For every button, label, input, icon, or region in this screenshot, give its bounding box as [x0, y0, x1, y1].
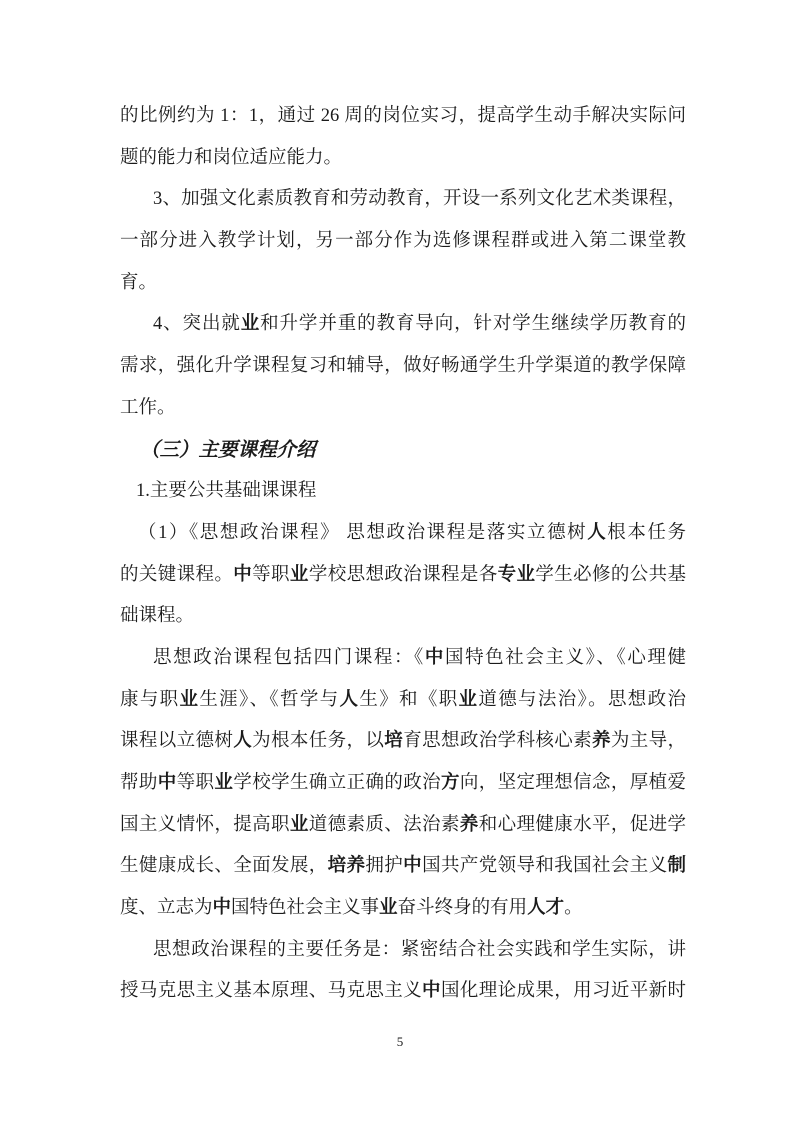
text-line: 育。	[120, 263, 686, 305]
text-line: 授马克思主义基本原理、马克思主义中国化理论成果，用习近平新时	[120, 971, 686, 1013]
subsection-heading: 1.主要公共基础课课程	[120, 471, 686, 513]
document-body: 的比例约为 1：1，通过 26 周的岗位实习，提高学生动手解决实际问题的能力和岗…	[120, 96, 686, 1013]
text-line: 需求，强化升学课程复习和辅导，做好畅通学生升学渠道的教学保障	[120, 346, 686, 388]
text-line: 础课程。	[120, 596, 686, 638]
text-line: 生健康成长、全面发展，培养拥护中国共产党领导和我国社会主义制	[120, 846, 686, 888]
page-number: 5	[0, 1034, 800, 1050]
text-line: 思想政治课程包括四门课程：《中国特色社会主义》、《心理健	[120, 638, 686, 680]
text-line: 国主义情怀，提高职业道德素质、法治素养和心理健康水平，促进学	[120, 805, 686, 847]
text-line: 的关键课程。中等职业学校思想政治课程是各专业学生必修的公共基	[120, 555, 686, 597]
text-line: （1）《思想政治课程》 思想政治课程是落实立德树人根本任务	[120, 513, 686, 555]
text-line: 帮助中等职业学校学生确立正确的政治方向，坚定理想信念，厚植爱	[120, 763, 686, 805]
text-line: 4、突出就业和升学并重的教育导向，针对学生继续学历教育的	[120, 304, 686, 346]
text-line: 的比例约为 1：1，通过 26 周的岗位实习，提高学生动手解决实际问	[120, 96, 686, 138]
text-line: 思想政治课程的主要任务是：紧密结合社会实践和学生实际，讲	[120, 930, 686, 972]
text-line: 3、加强文化素质教育和劳动教育，开设一系列文化艺术类课程，	[120, 179, 686, 221]
text-line: 工作。	[120, 388, 686, 430]
text-line: 度、立志为中国特色社会主义事业奋斗终身的有用人才。	[120, 888, 686, 930]
text-line: 康与职业生涯》、《哲学与人生》和《职业道德与法治》。思想政治	[120, 680, 686, 722]
section-heading: （三）主要课程介绍	[120, 430, 686, 472]
document-page: 的比例约为 1：1，通过 26 周的岗位实习，提高学生动手解决实际问题的能力和岗…	[0, 0, 800, 1131]
text-line: 一部分进入教学计划，另一部分作为选修课程群或进入第二课堂教	[120, 221, 686, 263]
text-line: 课程以立德树人为根本任务，以培育思想政治学科核心素养为主导，	[120, 721, 686, 763]
text-line: 题的能力和岗位适应能力。	[120, 138, 686, 180]
